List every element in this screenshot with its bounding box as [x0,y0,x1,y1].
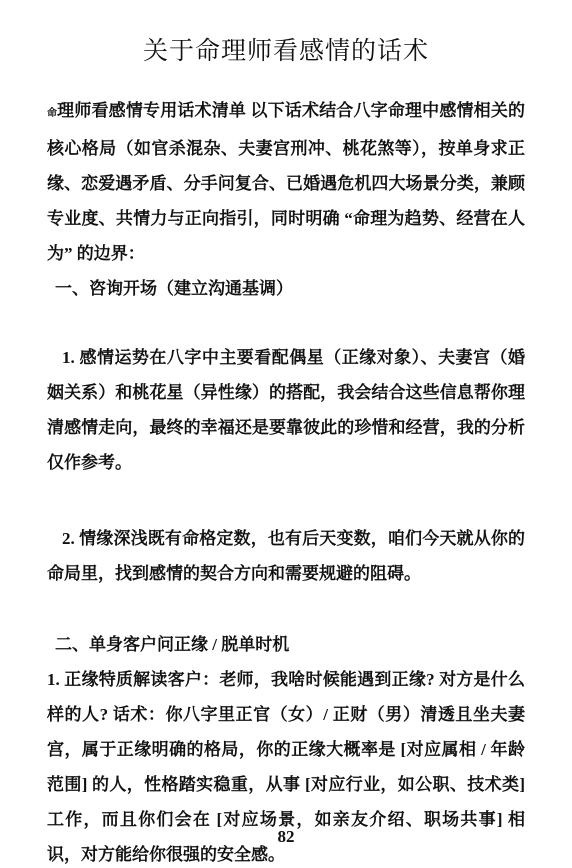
document-page: 关于命理师看感情的话术 命理师看感情专用话术清单 以下话术结合八字命理中感情相关… [0,0,572,868]
section-2-heading: 二、单身客户问正缘 / 脱单时机 [47,627,525,662]
page-number: 82 [0,827,572,847]
section-1-item-1: 1. 感情运势在八字中主要看配偶星（正缘对象）、夫妻宫（婚姻关系）和桃花星（异性… [47,340,525,480]
page-title: 关于命理师看感情的话术 [47,0,525,70]
intro-first-char: 命 [47,108,57,119]
section-1-heading: 一、咨询开场（建立沟通基调） [47,271,525,306]
intro-paragraph: 命理师看感情专用话术清单 以下话术结合八字命理中感情相关的核心格局（如官杀混杂、… [47,93,525,271]
section-1-item-2: 2. 情缘深浅既有命格定数，也有后天变数，咱们今天就从你的命局里，找到感情的契合… [47,521,525,591]
intro-paragraph-text: 理师看感情专用话术清单 以下话术结合八字命理中感情相关的核心格局（如官杀混杂、夫… [47,101,525,263]
